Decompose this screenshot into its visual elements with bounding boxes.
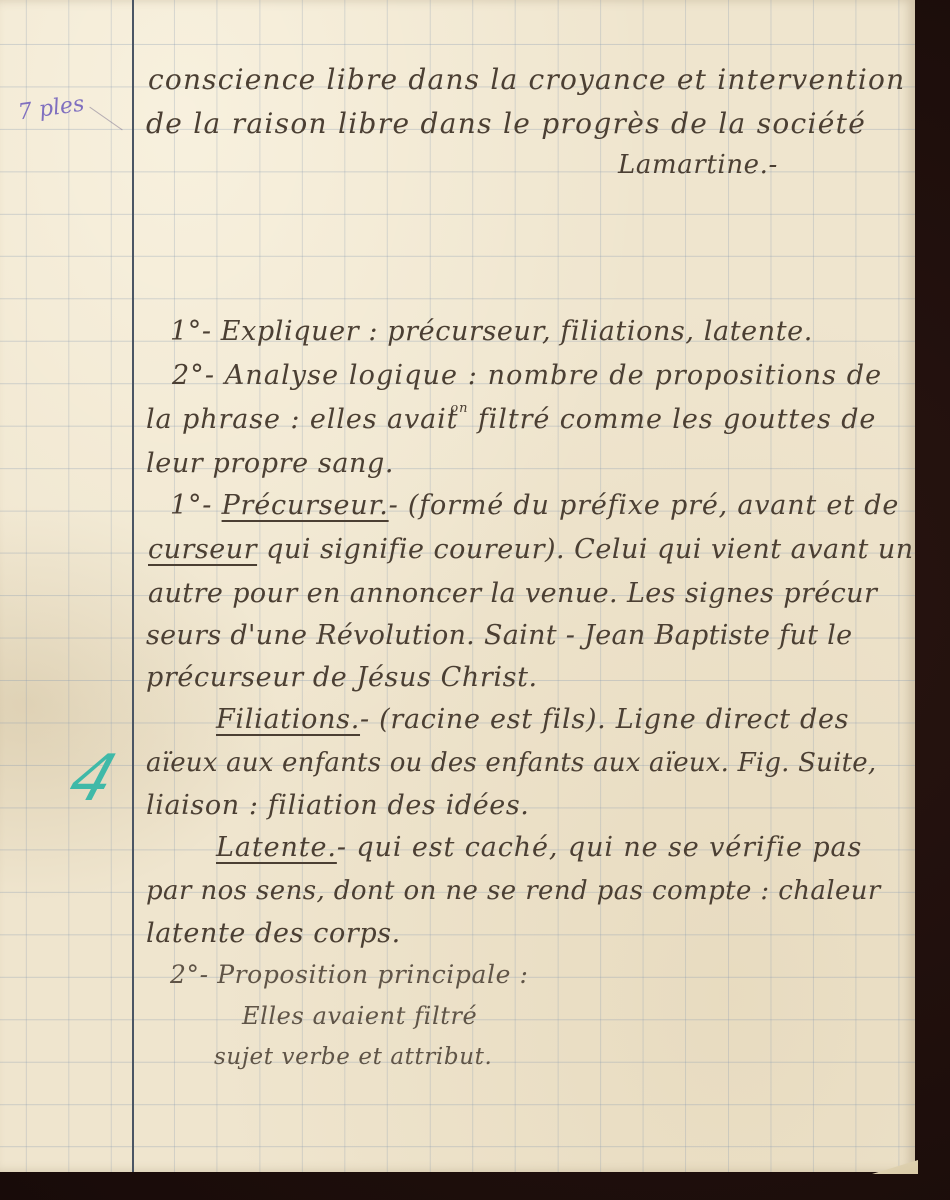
answer-number: 1°- bbox=[170, 490, 212, 521]
answer-latente-line-1: Latente.- qui est caché, qui ne se vérif… bbox=[216, 834, 862, 861]
term-latente: Latente. bbox=[216, 832, 337, 863]
answer-filiations-line-3: liaison : filiation des idées. bbox=[146, 792, 530, 819]
notebook-page: 7 ples 4 conscience libre dans la croyan… bbox=[0, 0, 915, 1172]
term-curseur: curseur bbox=[148, 534, 257, 565]
question-2-line-1: 2°- Analyse logique : nombre de proposit… bbox=[172, 362, 882, 389]
answer-latente-line-2: par nos sens, dont on ne se rend pas com… bbox=[146, 878, 881, 904]
definition-text: qui signifie coureur). Celui qui vient a… bbox=[266, 534, 914, 565]
term-precurseur: Précurseur. bbox=[222, 490, 389, 521]
definition-text: - (racine est fils). Ligne direct des bbox=[360, 704, 849, 735]
term-filiations: Filiations. bbox=[216, 704, 360, 735]
question-2-line-3: leur propre sang. bbox=[146, 450, 394, 477]
analysis-line-2: Elles avaient filtré bbox=[242, 1004, 477, 1028]
answer-filiations-line-1: Filiations.- (racine est fils). Ligne di… bbox=[216, 706, 849, 733]
question-1: 1°- Expliquer : précurseur, filiations, … bbox=[170, 318, 813, 345]
answer-precurseur-line-2: curseur qui signifie coureur). Celui qui… bbox=[148, 536, 914, 563]
question-2-line-2-a: la phrase : elles avait bbox=[146, 404, 458, 435]
answer-precurseur-line-1: 1°- Précurseur.- (formé du préfixe pré, … bbox=[170, 492, 899, 519]
answer-precurseur-line-3: autre pour en annoncer la venue. Les sig… bbox=[148, 580, 877, 607]
quote-line-1: conscience libre dans la croyance et int… bbox=[148, 66, 905, 94]
answer-filiations-line-2: aïeux aux enfants ou des enfants aux aïe… bbox=[146, 750, 876, 776]
question-2-line-2-b: filtré comme les gouttes de bbox=[478, 404, 876, 435]
quote-author: Lamartine.- bbox=[618, 152, 778, 178]
quote-line-2: de la raison libre dans le progrès de la… bbox=[146, 110, 866, 138]
definition-text: - qui est caché, qui ne se vérifie pas bbox=[337, 832, 862, 863]
correction-superscript: on bbox=[450, 401, 468, 416]
answer-precurseur-line-5: précurseur de Jésus Christ. bbox=[146, 664, 538, 691]
answer-latente-line-3: latente des corps. bbox=[146, 920, 401, 947]
answer-precurseur-line-4: seurs d'une Révolution. Saint - Jean Bap… bbox=[146, 622, 852, 649]
analysis-line-3: sujet verbe et attribut. bbox=[214, 1046, 492, 1069]
analysis-line-1: 2°- Proposition principale : bbox=[170, 962, 529, 987]
question-2-line-2: la phrase : elles avaiton filtré comme l… bbox=[146, 406, 876, 433]
margin-line bbox=[132, 0, 134, 1172]
definition-text: - (formé du préfixe pré, avant et de bbox=[389, 490, 899, 521]
